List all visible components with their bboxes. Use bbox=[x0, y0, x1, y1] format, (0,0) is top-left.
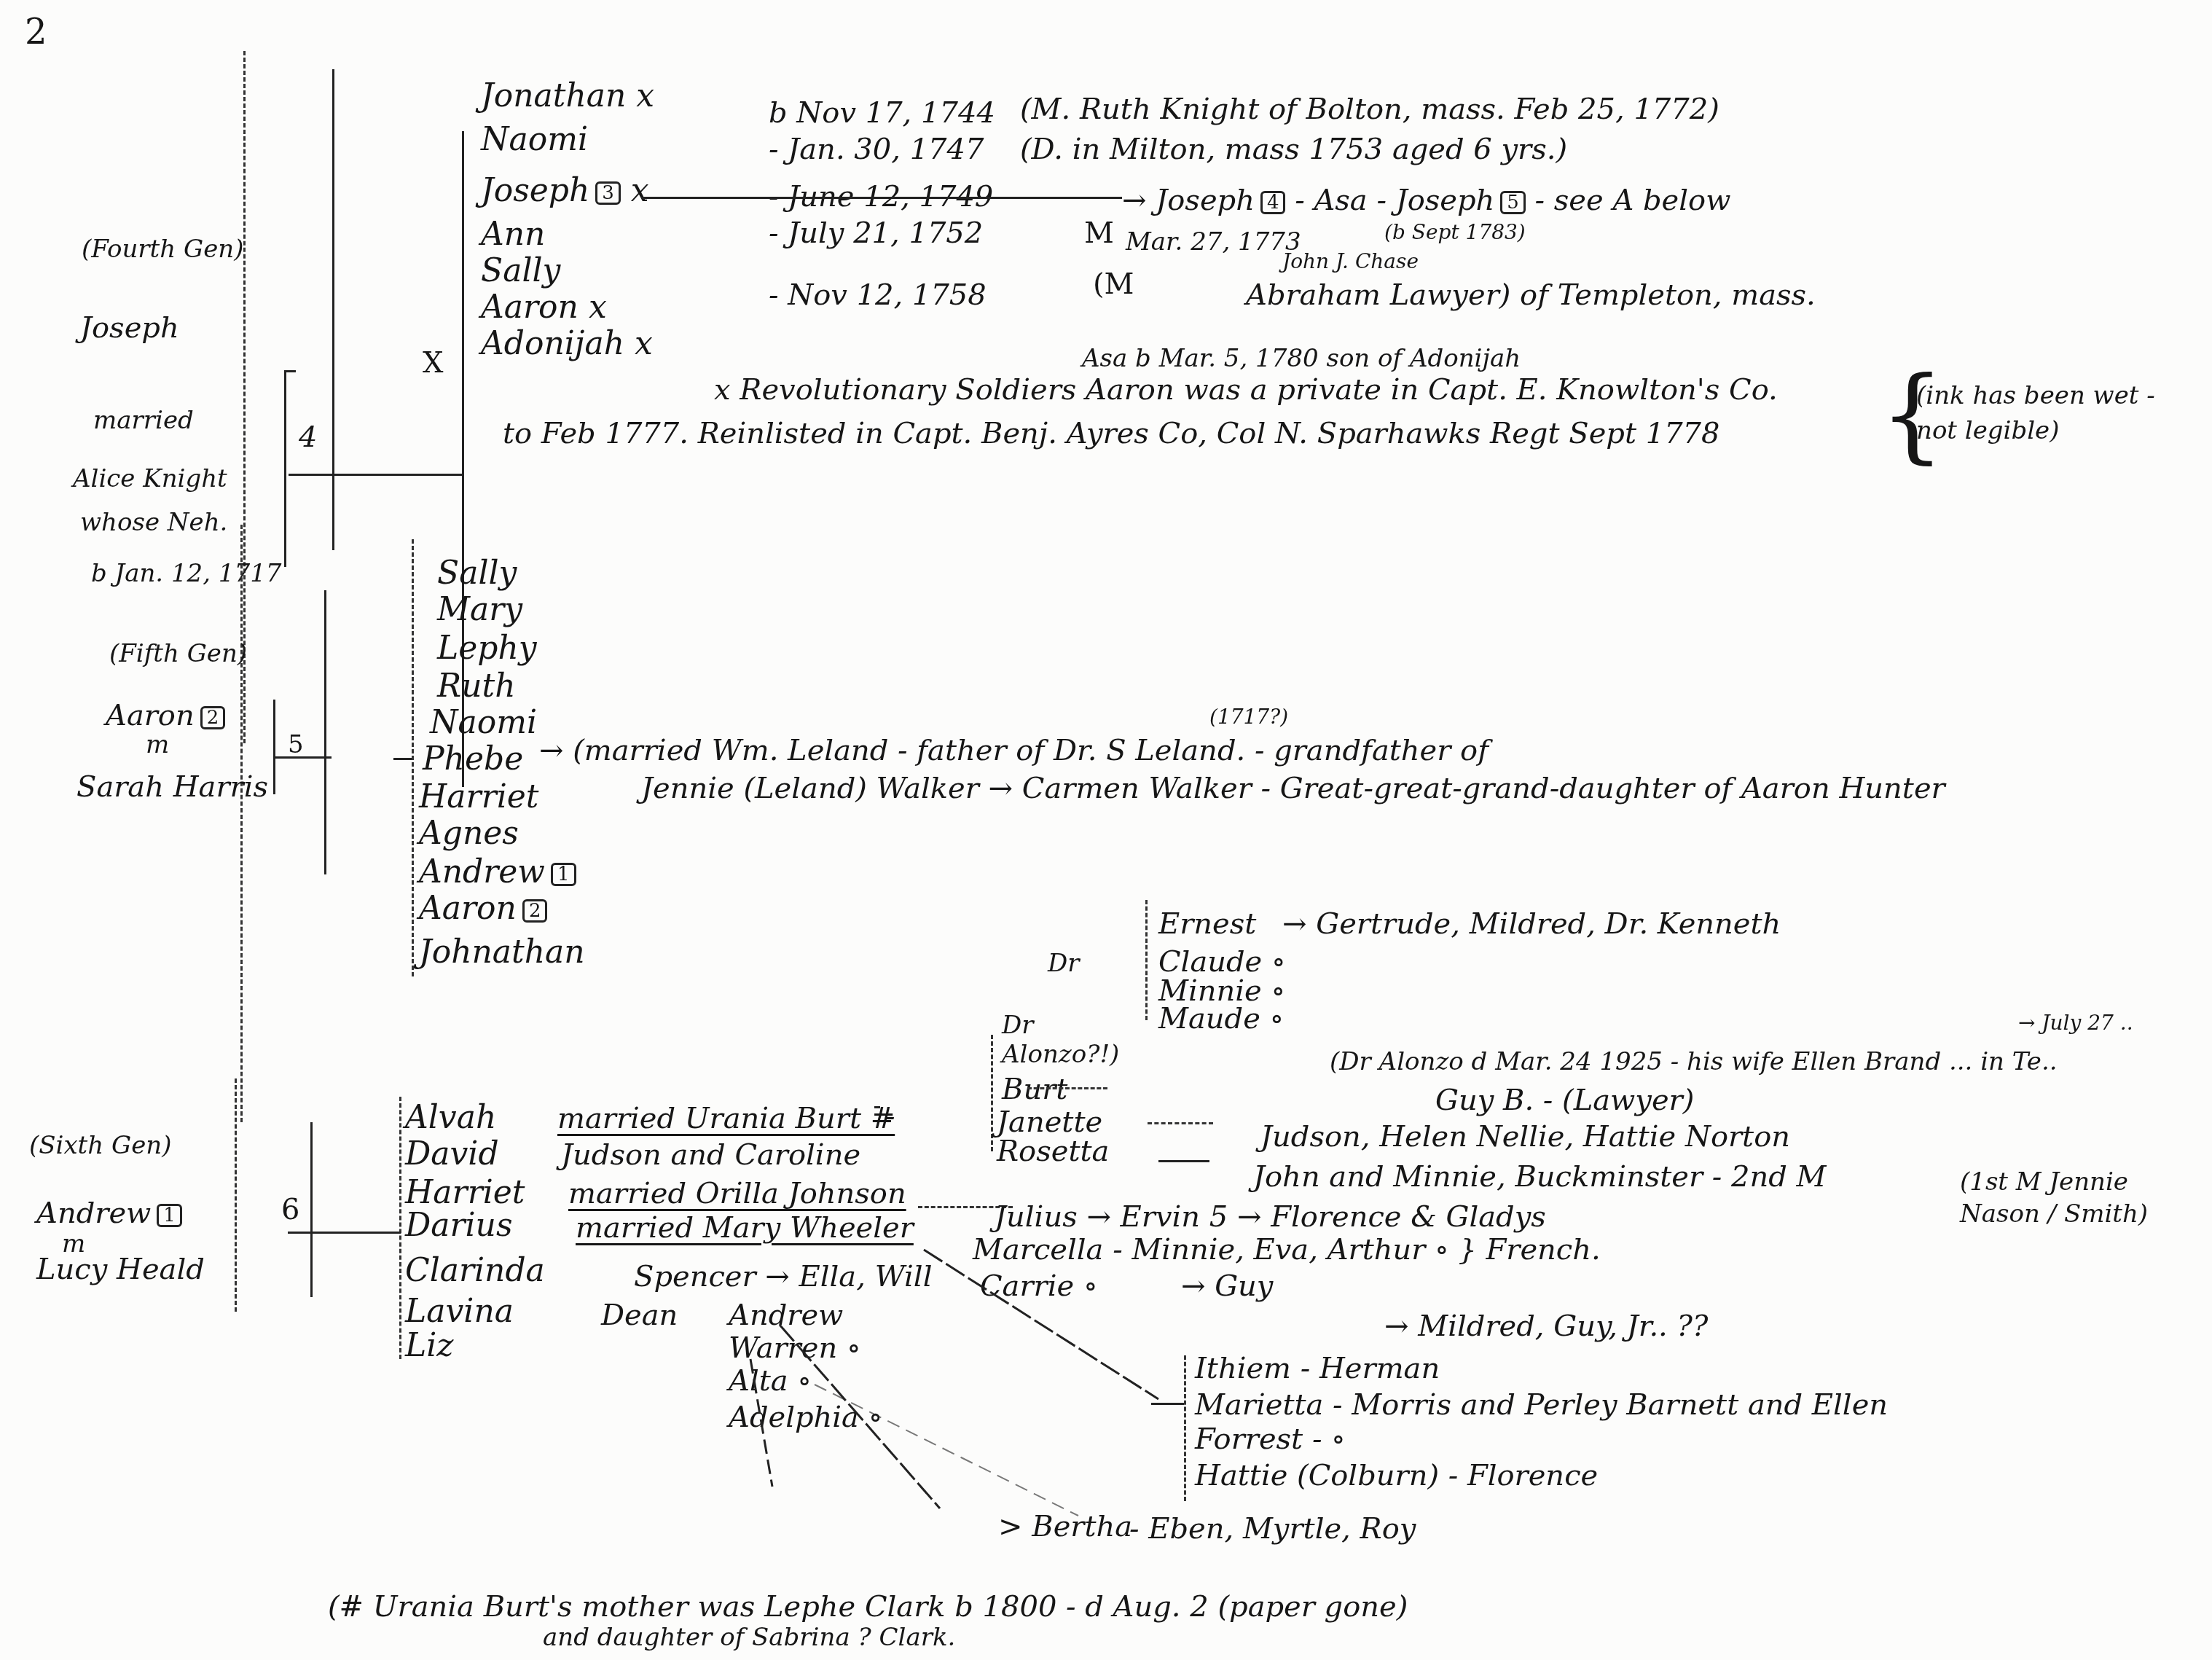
gen5-parent-line: Sarah Harris bbox=[77, 772, 268, 802]
tree-guide-line bbox=[332, 69, 334, 550]
gen5-parent-line: m bbox=[146, 732, 169, 757]
asa-note: Asa b Mar. 5, 1780 son of Adonijah bbox=[1082, 346, 1521, 371]
gen6-sibling-bracket bbox=[399, 1097, 401, 1359]
dash bbox=[874, 1106, 880, 1108]
gen4-child: Ann bbox=[481, 219, 545, 251]
gen6-child: Liz bbox=[405, 1330, 453, 1362]
gen6-parent-line: Andrew1 bbox=[36, 1199, 182, 1228]
wheeler-child: Marietta - Morris and Perley Barnett and… bbox=[1195, 1390, 1888, 1420]
bracket-tick bbox=[284, 370, 296, 372]
branch-child: Maude ∘ bbox=[1158, 1004, 1284, 1033]
phebe-note: Jennie (Leland) Walker → Carmen Walker -… bbox=[641, 774, 1945, 803]
gen5-marker: 5 bbox=[288, 732, 304, 757]
rosetta-note: John and Minnie, Buckminster - 2nd M bbox=[1253, 1162, 1827, 1191]
julius-line: Julius → Ervin 5 → Florence & Gladys bbox=[995, 1202, 1546, 1232]
gen5-child: Ruth bbox=[437, 670, 516, 702]
gen6-child: Lavina bbox=[405, 1296, 514, 1328]
birth-date: - Jan. 30, 1747 bbox=[769, 135, 984, 164]
gen5-child: Lephy bbox=[437, 633, 537, 665]
janette-note: Judson, Helen Nellie, Hattie Norton bbox=[1260, 1122, 1790, 1151]
phebe-year: (1717?) bbox=[1209, 707, 1288, 727]
marriage-marker: (M bbox=[1093, 270, 1134, 299]
clarinda-note: Spencer → Ella, Will bbox=[634, 1262, 932, 1291]
soldier-mark: x bbox=[635, 325, 653, 362]
joseph-connector bbox=[641, 197, 1122, 199]
gen5-label: (Fifth Gen) bbox=[109, 641, 247, 666]
gen4-child: Adonijah x bbox=[481, 328, 653, 360]
spouse-note: Abraham Lawyer) of Templeton, mass. bbox=[1246, 281, 1816, 310]
gen4-parent-line: b Jan. 12, 1717 bbox=[91, 561, 281, 586]
gen6-child: Harriet bbox=[405, 1177, 525, 1209]
julius-line: Carrie ∘ → Guy bbox=[980, 1272, 1273, 1301]
gen6-child: David bbox=[405, 1138, 499, 1170]
gen5-parent-line: Aaron2 bbox=[106, 701, 225, 730]
birth-date: - July 21, 1752 bbox=[769, 219, 983, 248]
gen6-child: Clarinda bbox=[405, 1255, 545, 1287]
dean-child: Warren ∘ bbox=[729, 1334, 860, 1363]
branch-child: Ernest bbox=[1158, 909, 1256, 939]
footnote-line: (# Urania Burt's mother was Lephe Clark … bbox=[328, 1592, 1408, 1621]
gen4-child: Jonathan x bbox=[481, 80, 654, 112]
gen5-child: Naomi bbox=[430, 707, 537, 739]
bertha-note: - Eben, Myrtle, Roy bbox=[1129, 1514, 1416, 1543]
branch-child: Alonzo?!) bbox=[1002, 1042, 1119, 1067]
gen4-parent-line: Alice Knight bbox=[73, 466, 227, 491]
gen4-parent-line: whose Neh. bbox=[80, 510, 227, 535]
dean-child: Adelphia ∘ bbox=[729, 1403, 882, 1432]
gen4-marker: 4 bbox=[299, 423, 317, 452]
generation-badge: 5 bbox=[1500, 191, 1526, 214]
gen4-child: Sally bbox=[481, 255, 560, 287]
alonzo-note-sup: → July 27 .. bbox=[2018, 1013, 2133, 1033]
gen5-child: Harriet bbox=[419, 781, 538, 813]
gen5-parent-bracket bbox=[273, 700, 275, 794]
gen4-child: Naomi bbox=[481, 124, 588, 156]
generation-badge: 1 bbox=[551, 863, 576, 886]
gen4-child: Joseph3 x bbox=[481, 175, 649, 207]
gen4-parent-bracket bbox=[284, 370, 286, 567]
branch-child: Claude ∘ bbox=[1158, 947, 1286, 976]
branch-connector bbox=[1158, 1160, 1209, 1162]
gen4-parent-line: married bbox=[93, 408, 194, 433]
tree-guide-line bbox=[310, 1122, 313, 1297]
tree-guide-line bbox=[235, 1078, 237, 1312]
dean-child: Alta ∘ bbox=[729, 1366, 812, 1395]
wheeler-connector bbox=[1151, 1403, 1184, 1405]
gen6-label: (Sixth Gen) bbox=[29, 1133, 171, 1158]
wheeler-child: Hattie (Colburn) - Florence bbox=[1195, 1461, 1598, 1490]
gen5-child: Phebe bbox=[423, 743, 523, 775]
illegible-note: (ink has been wet - not legible) bbox=[1916, 379, 2164, 448]
ernest-note: → Gertrude, Mildred, Dr. Kenneth bbox=[1282, 909, 1781, 939]
tree-guide-line bbox=[324, 590, 326, 874]
wheeler-child: Forrest - ∘ bbox=[1195, 1425, 1346, 1454]
wheeler-child: Ithiem - Herman bbox=[1195, 1354, 1440, 1383]
branch-child: Minnie ∘ bbox=[1158, 976, 1285, 1006]
marriage-note: (M. Ruth Knight of Bolton, mass. Feb 25,… bbox=[1020, 95, 1719, 124]
bertha: > Bertha bbox=[998, 1512, 1132, 1541]
soldier-mark: x bbox=[631, 172, 649, 209]
alvah-arrow: - bbox=[885, 1102, 895, 1131]
gen4-connector bbox=[289, 474, 462, 476]
alonzo-note: (Dr Alonzo d Mar. 24 1925 - his wife Ell… bbox=[1330, 1049, 2058, 1074]
gen5-sibling-bracket bbox=[412, 539, 414, 976]
phebe-note: → (married Wm. Leland - father of Dr. S … bbox=[539, 736, 1489, 765]
dr-prefix: Dr bbox=[1048, 951, 1080, 976]
darius-note: married Mary Wheeler bbox=[576, 1213, 914, 1242]
soldier-note: to Feb 1777. Reinlisted in Capt. Benj. A… bbox=[503, 419, 1720, 448]
marriage-marker: M bbox=[1084, 219, 1114, 248]
julius-line: Marcella - Minnie, Eva, Arthur ∘ } Frenc… bbox=[973, 1235, 1601, 1264]
birth-date: - Nov 12, 1758 bbox=[769, 281, 987, 310]
alvah-note: married Urania Burt # bbox=[557, 1104, 895, 1133]
gen5-child: Johnathan bbox=[419, 936, 585, 968]
branch-connector bbox=[1027, 1087, 1107, 1089]
david-note: Judson and Caroline bbox=[561, 1140, 860, 1170]
marriage-date: Mar. 27, 1773 bbox=[1126, 230, 1301, 254]
spouse-name: John J. Chase bbox=[1282, 251, 1419, 272]
gen6-marker: 6 bbox=[281, 1195, 299, 1224]
gen4-connector-x: X bbox=[423, 348, 443, 377]
branch-child: Janette bbox=[997, 1108, 1102, 1137]
gen6-child: Alvah bbox=[405, 1102, 496, 1134]
generation-badge: 4 bbox=[1260, 191, 1286, 214]
gen5-child: Sally bbox=[437, 557, 517, 590]
dr-label: Dr bbox=[1002, 1013, 1034, 1038]
gen6-child: Darius bbox=[405, 1210, 513, 1242]
gen5-child: Aaron2 bbox=[419, 893, 547, 925]
guy-note: Guy B. - (Lawyer) bbox=[1435, 1086, 1694, 1115]
death-note: (D. in Milton, mass 1753 aged 6 yrs.) bbox=[1020, 135, 1567, 164]
generation-badge: 1 bbox=[157, 1204, 182, 1227]
birth-date: b Nov 17, 1744 bbox=[769, 98, 995, 128]
gen4-child: Aaron x bbox=[481, 291, 607, 324]
footnote-line: and daughter of Sabrina ? Clark. bbox=[543, 1625, 955, 1650]
soldier-mark: x bbox=[636, 77, 654, 114]
branch-bracket bbox=[1145, 900, 1148, 1020]
gen5-child: Mary bbox=[437, 594, 522, 626]
guy-children: → Mildred, Guy, Jr.. ?? bbox=[1384, 1312, 1708, 1341]
branch-child: Rosetta bbox=[997, 1137, 1109, 1166]
soldier-note: x Revolutionary Soldiers Aaron was a pri… bbox=[714, 375, 1778, 404]
tree-guide-line bbox=[240, 525, 243, 1122]
branch-connector bbox=[1148, 1122, 1213, 1124]
harriet-note: married Orilla Johnson bbox=[568, 1179, 906, 1208]
generation-badge: 2 bbox=[522, 899, 548, 923]
joseph-descendants: → Joseph4 - Asa - Joseph5 - see A below bbox=[1122, 186, 1730, 215]
gen4-parent-line: Joseph bbox=[80, 313, 179, 342]
gen4-label: (Fourth Gen) bbox=[82, 237, 243, 262]
generation-badge: 3 bbox=[595, 181, 621, 205]
wheeler-bracket bbox=[1184, 1355, 1186, 1501]
dean-child: Andrew bbox=[729, 1301, 843, 1330]
manuscript-page: 2 (Fourth Gen) Joseph married Alice Knig… bbox=[0, 0, 2212, 1660]
page-number: 2 bbox=[25, 15, 47, 50]
joseph-date-note: (b Sept 1783) bbox=[1384, 222, 1526, 243]
gen5-child: Agnes bbox=[419, 818, 519, 850]
lavina-note: Dean bbox=[601, 1301, 678, 1330]
soldier-mark: x bbox=[589, 289, 607, 326]
gen6-parent-line: Lucy Heald bbox=[36, 1255, 205, 1284]
branch-bracket bbox=[991, 1035, 993, 1151]
gen5-child: Andrew1 bbox=[419, 856, 576, 888]
branch-child: Burt bbox=[1002, 1075, 1067, 1104]
gen6-connector bbox=[288, 1232, 401, 1234]
gen5-connector bbox=[393, 758, 412, 760]
rosetta-aside: (1st M Jennie Nason / Smith) bbox=[1960, 1166, 2178, 1230]
generation-badge: 2 bbox=[200, 706, 226, 729]
